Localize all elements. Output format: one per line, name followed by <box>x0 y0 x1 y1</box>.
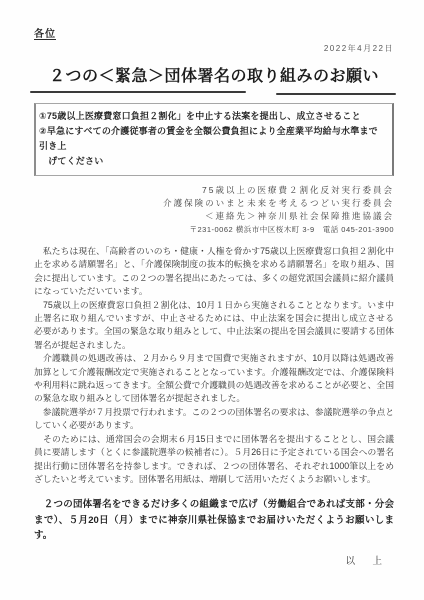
demands-box: ①75歳以上医療費窓口負担２割化」を中止する法案を提出し、成立させること ②早急… <box>34 103 394 176</box>
sender-committee-1: 75歳以上の医療費２割化反対実行委員会 <box>34 184 394 197</box>
recipient-label: 各位 <box>34 25 394 40</box>
underline-segment-right <box>276 93 396 95</box>
letter-title: ２つの＜緊急＞団体署名の取り組みのお願い <box>34 63 394 86</box>
demand-line-2: ②早急にすべての介護従事者の賃金を全額公費負担により全産業平均給与水準まで引き上 <box>39 124 387 154</box>
demand-line-1: ①75歳以上医療費窓口負担２割化」を中止する法案を提出し、成立させること <box>39 109 387 124</box>
underline-segment-left <box>30 91 246 93</box>
closing-label: 以 上 <box>34 553 394 567</box>
sender-block: 75歳以上の医療費２割化反対実行委員会 介護保険のいまと未来を考えるつどい実行委… <box>34 184 394 236</box>
body-paragraph-3: 介護職員の処遇改善は、２月から９月まで国費で実施されますが、10月以降は処遇改善… <box>34 352 394 406</box>
letter-date: 2022年4月22日 <box>34 43 394 54</box>
letter-body: 私たちは現在、「高齢者のいのち・健康・人権を脅かす75歳以上医療費窓口負担２割化… <box>34 245 394 486</box>
body-paragraph-2: 75歳以上の医療費窓口負担２割化は、10月１日から実施されることとなります。いま… <box>34 299 394 353</box>
sender-contact: ＜連絡先＞神奈川県社会保障推進協議会 <box>34 210 394 223</box>
title-underline <box>34 91 394 96</box>
body-paragraph-4: 参議院選挙が７月投票で行われます。この２つの団体署名の要求は、参議院選挙の争点と… <box>34 406 394 433</box>
body-paragraph-5: そのためには、通常国会の会期末６月15日までに団体署名を提出することとし、国会議… <box>34 433 394 487</box>
sender-address-phone: 〒231-0062 横浜市中区桜木町 3-9 電話 045-201-3900 <box>34 223 394 236</box>
scanned-letter-page: 各位 2022年4月22日 ２つの＜緊急＞団体署名の取り組みのお願い ①75歳以… <box>0 0 424 600</box>
body-paragraph-1: 私たちは現在、「高齢者のいのち・健康・人権を脅かす75歳以上医療費窓口負担２割化… <box>34 245 394 299</box>
request-paragraph: ２つの団体署名をできるだけ多くの組織まで広げ（労働組合であれば支部・分会まで）、… <box>34 497 394 544</box>
demand-line-3: げてください <box>39 154 387 169</box>
sender-committee-2: 介護保険のいまと未来を考えるつどい実行委員会 <box>34 197 394 210</box>
